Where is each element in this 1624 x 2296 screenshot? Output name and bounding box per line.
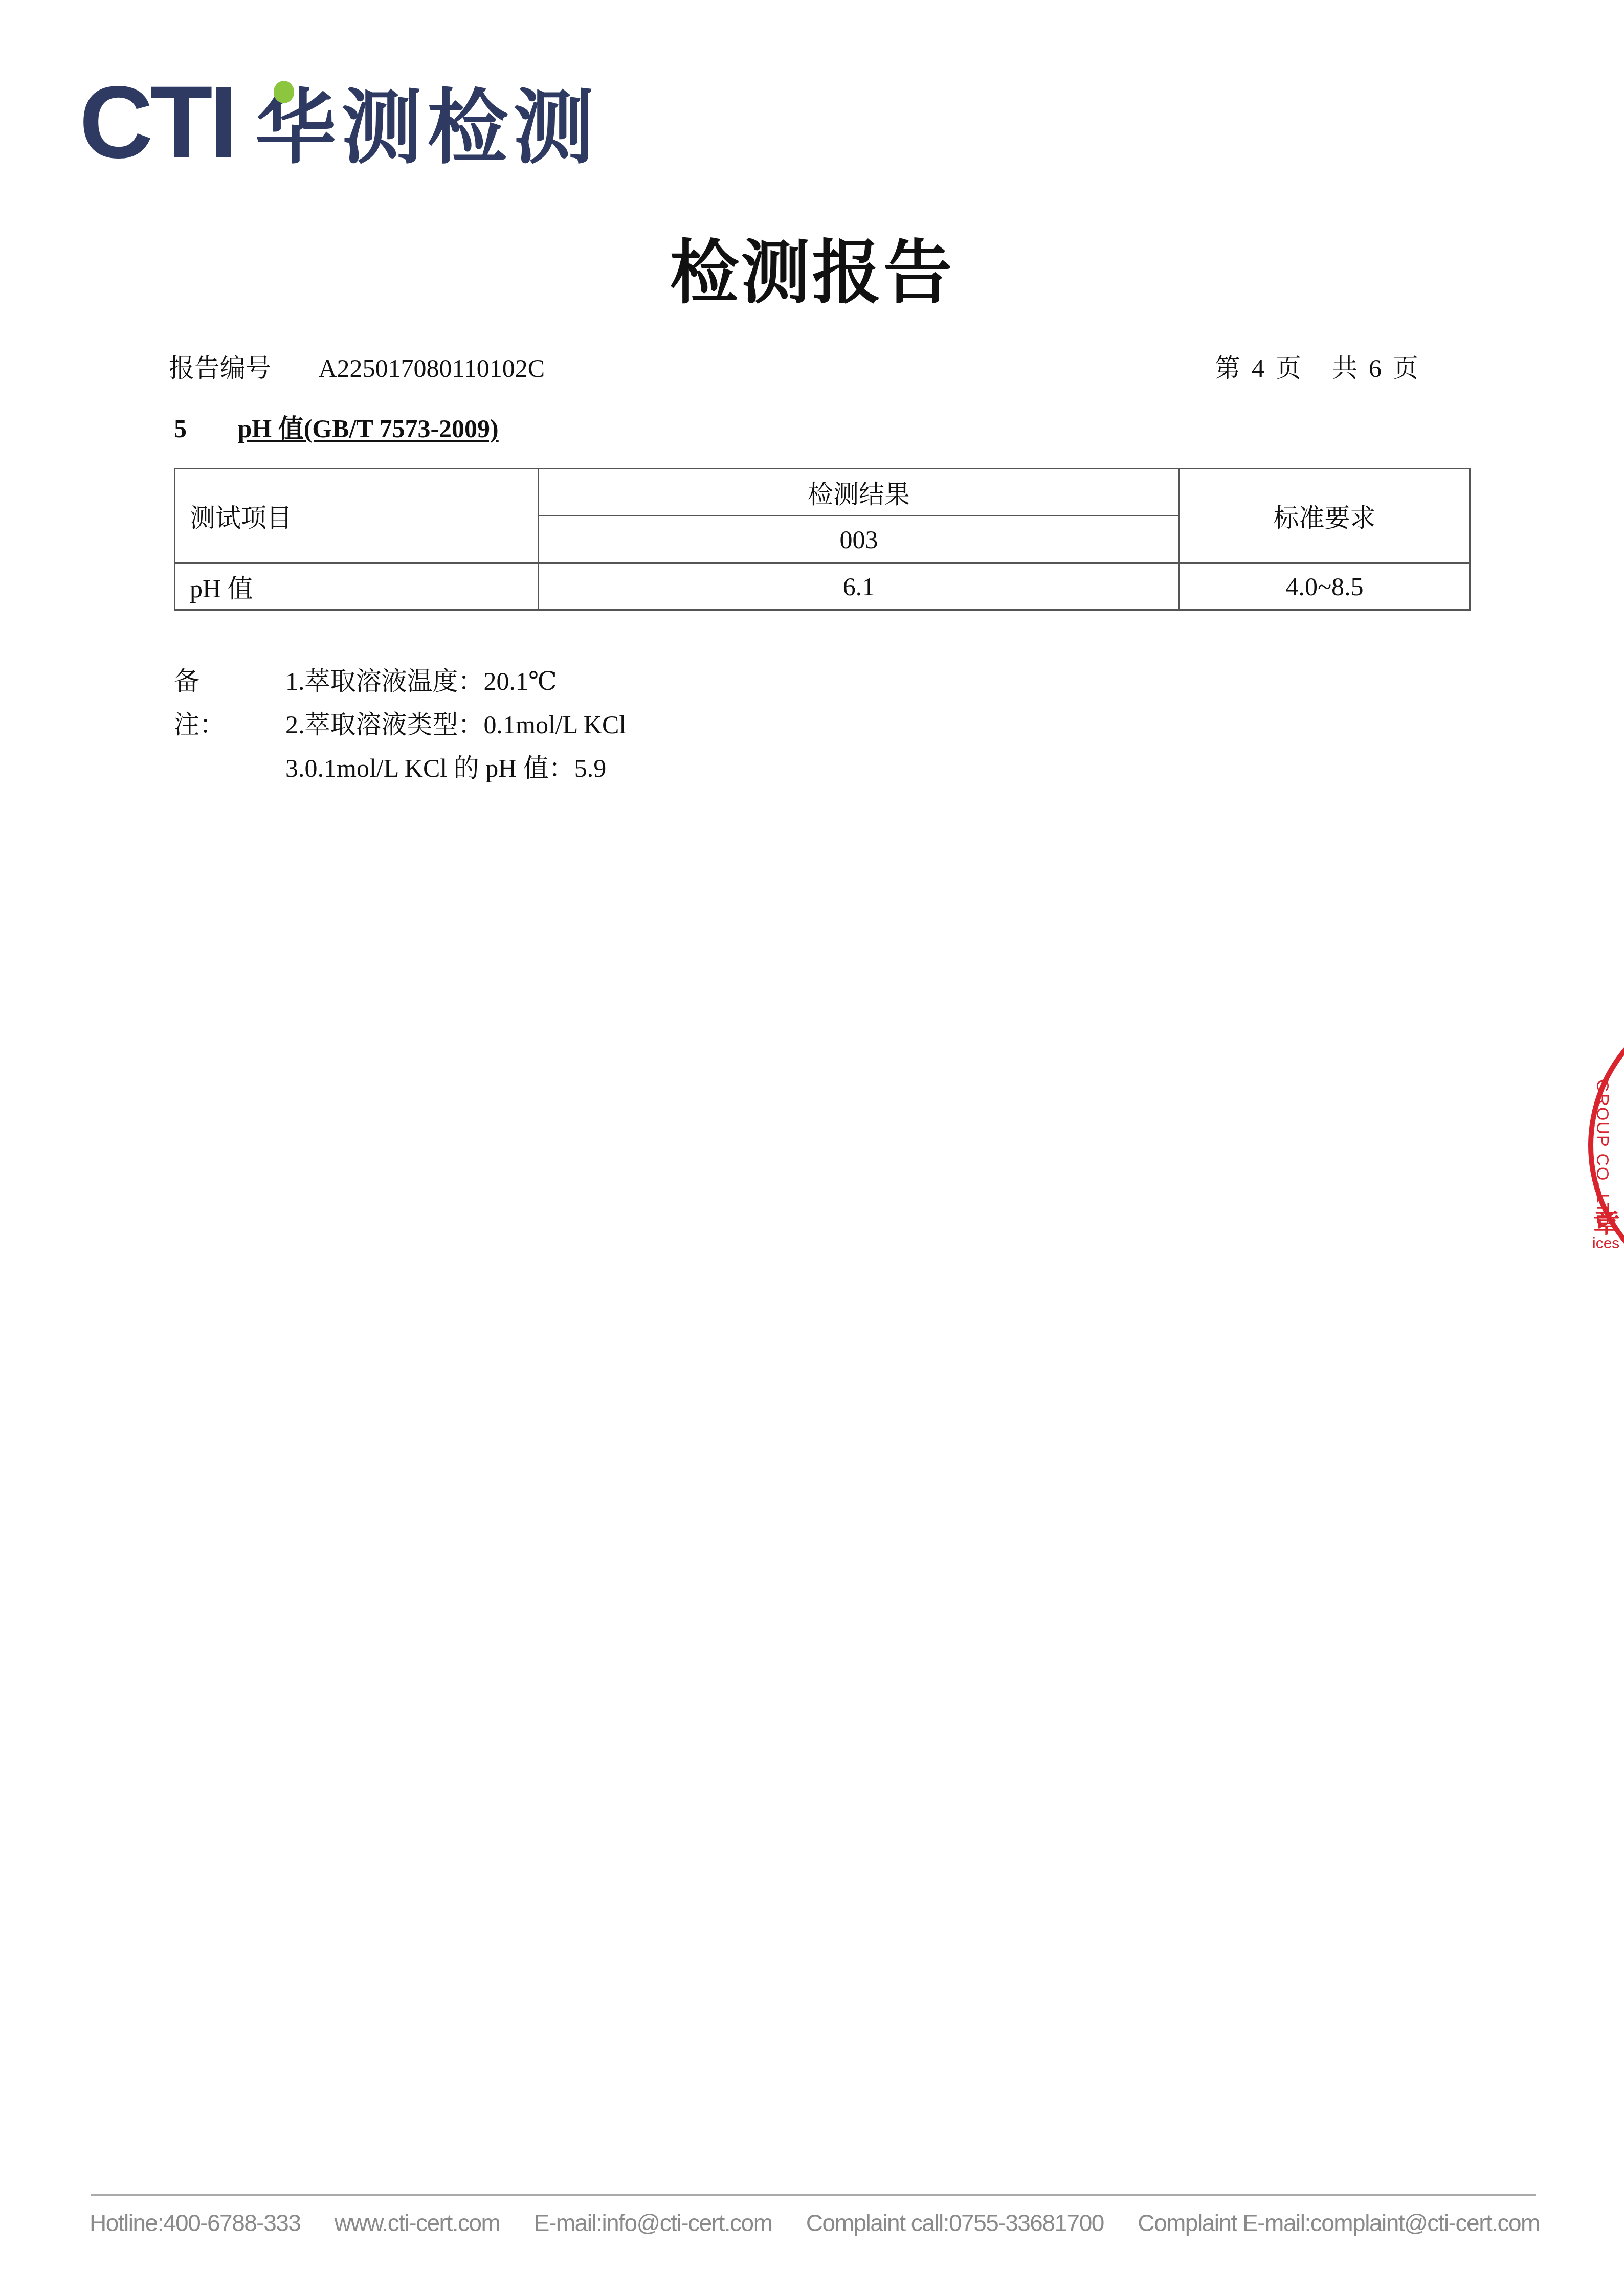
footer-complaint-email-link[interactable]: Complaint E-mail:complaint@cti-cert.com <box>1138 2209 1540 2237</box>
seal-stamp: GROUP CO.,LTD 章 ices <box>1583 997 1624 1294</box>
notes-label: 备注： <box>174 660 225 747</box>
page-current: 4 <box>1252 354 1264 382</box>
cell-requirement: 4.0~8.5 <box>1180 563 1470 610</box>
logo-brand-text: CTI <box>79 65 235 179</box>
footer-email-link[interactable]: E-mail:info@cti-cert.com <box>534 2209 772 2237</box>
note-item: 3.0.1mol/L KCl 的 pH 值：5.9 <box>285 747 626 790</box>
notes-list: 1.萃取溶液温度：20.1℃ 2.萃取溶液类型：0.1mol/L KCl 3.0… <box>285 660 626 790</box>
note-item: 2.萃取溶液类型：0.1mol/L KCl <box>285 703 626 747</box>
report-number: 报告编号 A225017080110102C <box>169 348 545 385</box>
section-heading: 5 pH 值(GB/T 7573-2009) <box>174 408 499 445</box>
footer-hotline: Hotline:400-6788-333 <box>90 2209 300 2237</box>
header-test-item: 测试项目 <box>175 469 539 563</box>
document-title: 检测报告 <box>0 217 1624 317</box>
results-table: 测试项目 检测结果 标准要求 003 pH 值 6.1 4.0~8.5 <box>174 468 1471 611</box>
total-unit: 页 <box>1393 354 1418 382</box>
header-result-group: 检测结果 <box>539 469 1180 516</box>
page-total: 6 <box>1369 354 1382 382</box>
header-sample-id: 003 <box>539 516 1180 563</box>
page-prefix: 第 <box>1215 354 1240 382</box>
cell-result: 6.1 <box>539 563 1180 610</box>
page-indicator: 第4页共6页 <box>1215 348 1430 385</box>
total-prefix: 共 <box>1332 354 1358 382</box>
footer-website-link[interactable]: www.cti-cert.com <box>335 2209 500 2237</box>
page-unit: 页 <box>1276 354 1301 382</box>
logo-chinese-name: 华测检测 <box>255 87 599 169</box>
cell-item: pH 值 <box>175 563 539 610</box>
header-requirement: 标准要求 <box>1180 469 1470 563</box>
seal-char: 章 <box>1593 1202 1620 1240</box>
section-title: pH 值(GB/T 7573-2009) <box>238 414 499 443</box>
table-header-row: 测试项目 检测结果 标准要求 <box>175 469 1470 516</box>
footer-complaint-call: Complaint call:0755-33681700 <box>806 2209 1104 2237</box>
table-row: pH 值 6.1 4.0~8.5 <box>175 563 1470 610</box>
report-number-label: 报告编号 <box>169 354 271 382</box>
seal-small-text: ices <box>1592 1235 1619 1252</box>
logo-brand: CTI <box>79 77 235 169</box>
report-number-value: A225017080110102C <box>319 354 545 382</box>
footer-divider <box>91 2194 1536 2196</box>
logo-dot-icon <box>274 81 294 103</box>
section-number: 5 <box>174 414 231 443</box>
note-item: 1.萃取溶液温度：20.1℃ <box>285 660 626 703</box>
company-logo: CTI 华测检测 <box>79 61 599 169</box>
footer: Hotline:400-6788-333 www.cti-cert.com E-… <box>90 2209 1540 2237</box>
